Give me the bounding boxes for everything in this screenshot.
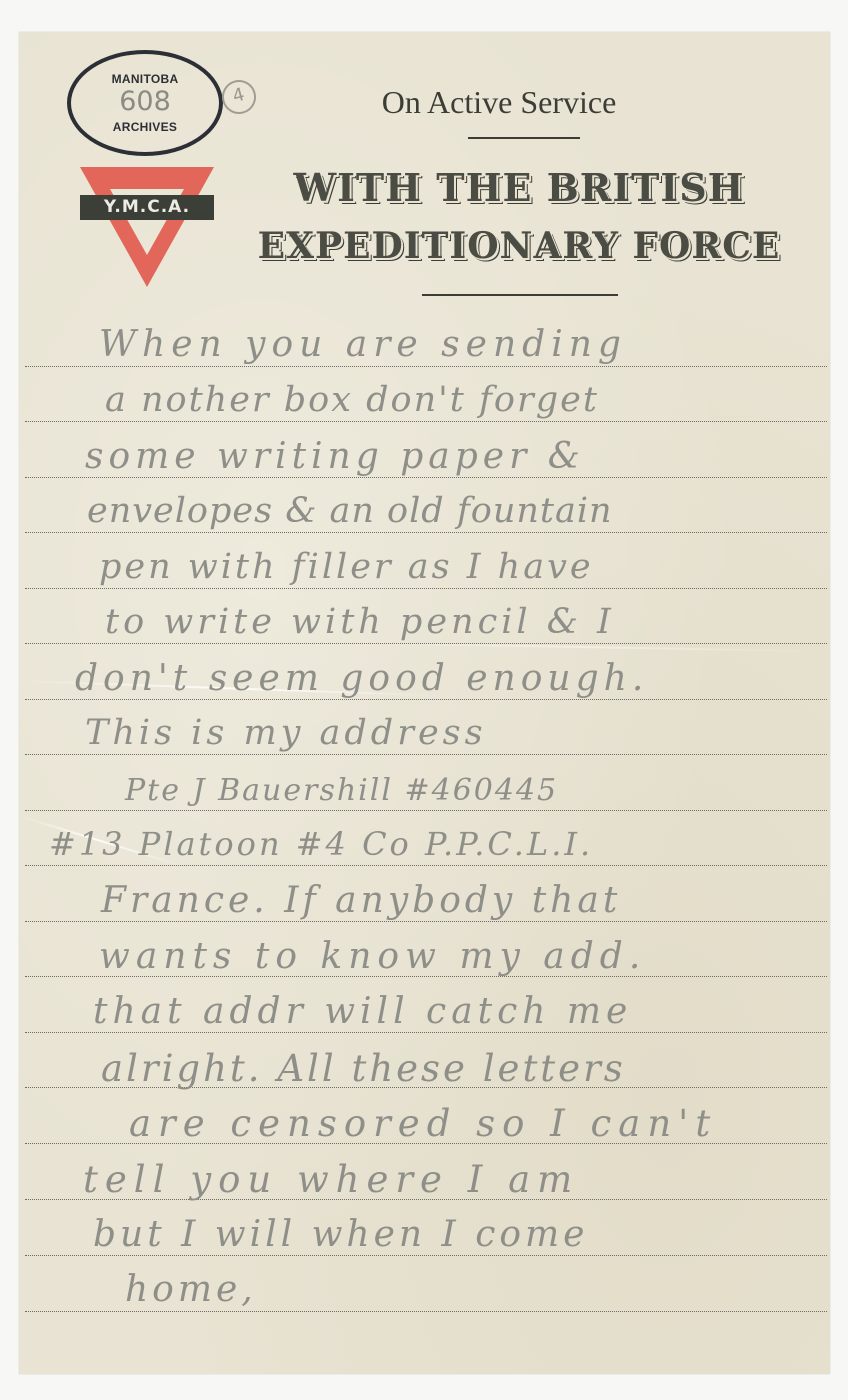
ruled-line (25, 421, 827, 422)
handwritten-line: but I will when I come (93, 1214, 588, 1255)
stamp-bottom-text: ARCHIVES (71, 120, 219, 134)
handwritten-line: This is my address (85, 713, 487, 753)
handwritten-line: to write with pencil & I (105, 602, 615, 642)
page-number-marker: 4 (218, 76, 260, 118)
ruled-line (25, 699, 827, 700)
stamp-top-text: MANITOBA (71, 72, 219, 86)
handwritten-line: home, (125, 1269, 257, 1310)
ruled-line (25, 921, 827, 922)
ruled-line (25, 477, 827, 478)
letter-sheet: MANITOBA 608 ARCHIVES 4 Y.M.C.A. On Acti… (19, 32, 830, 1374)
ruled-line (25, 1255, 827, 1256)
handwritten-line: tell you where I am (83, 1158, 579, 1201)
handwritten-line: some writing paper & (85, 436, 585, 477)
letterhead-subtitle: On Active Service (299, 84, 699, 121)
ruled-line (25, 754, 827, 755)
ymca-logo: Y.M.C.A. (80, 167, 216, 289)
ruled-line (25, 810, 827, 811)
ruled-line (25, 588, 827, 589)
handwritten-line: pen with filler as I have (99, 547, 594, 587)
letterhead-title-line2: EXPEDITIONARY FORCE (239, 225, 799, 267)
ruled-line (25, 1311, 827, 1312)
handwritten-line: are censored so I can't (129, 1102, 717, 1145)
header-divider (422, 294, 618, 296)
ruled-line (25, 1032, 827, 1033)
handwritten-line: wants to know my add. (99, 936, 646, 977)
handwritten-line: that addr will catch me (93, 991, 632, 1032)
header-divider (468, 137, 580, 139)
ymca-banner: Y.M.C.A. (80, 195, 214, 220)
handwritten-line: When you are sending (99, 324, 627, 365)
letterhead-title-line1: WITH THE BRITISH (239, 165, 799, 210)
ruled-line (25, 643, 827, 644)
handwritten-line: a nother box don't forget (105, 380, 599, 420)
handwritten-line: don't seem good enough. (75, 658, 648, 699)
handwritten-line: envelopes & an old fountain (87, 491, 613, 531)
ruled-line (25, 532, 827, 533)
red-triangle-icon (80, 167, 216, 289)
stamp-number: 608 (71, 86, 219, 117)
handwritten-line: Pte J Bauershill #460445 (125, 773, 558, 808)
archive-stamp: MANITOBA 608 ARCHIVES (67, 50, 223, 156)
ruled-line (25, 366, 827, 367)
handwritten-line: France. If anybody that (101, 880, 621, 921)
handwritten-line: #13 Platoon #4 Co P.P.C.L.I. (49, 825, 593, 863)
ruled-line (25, 865, 827, 866)
handwritten-line: alright. All these letters (101, 1047, 626, 1090)
